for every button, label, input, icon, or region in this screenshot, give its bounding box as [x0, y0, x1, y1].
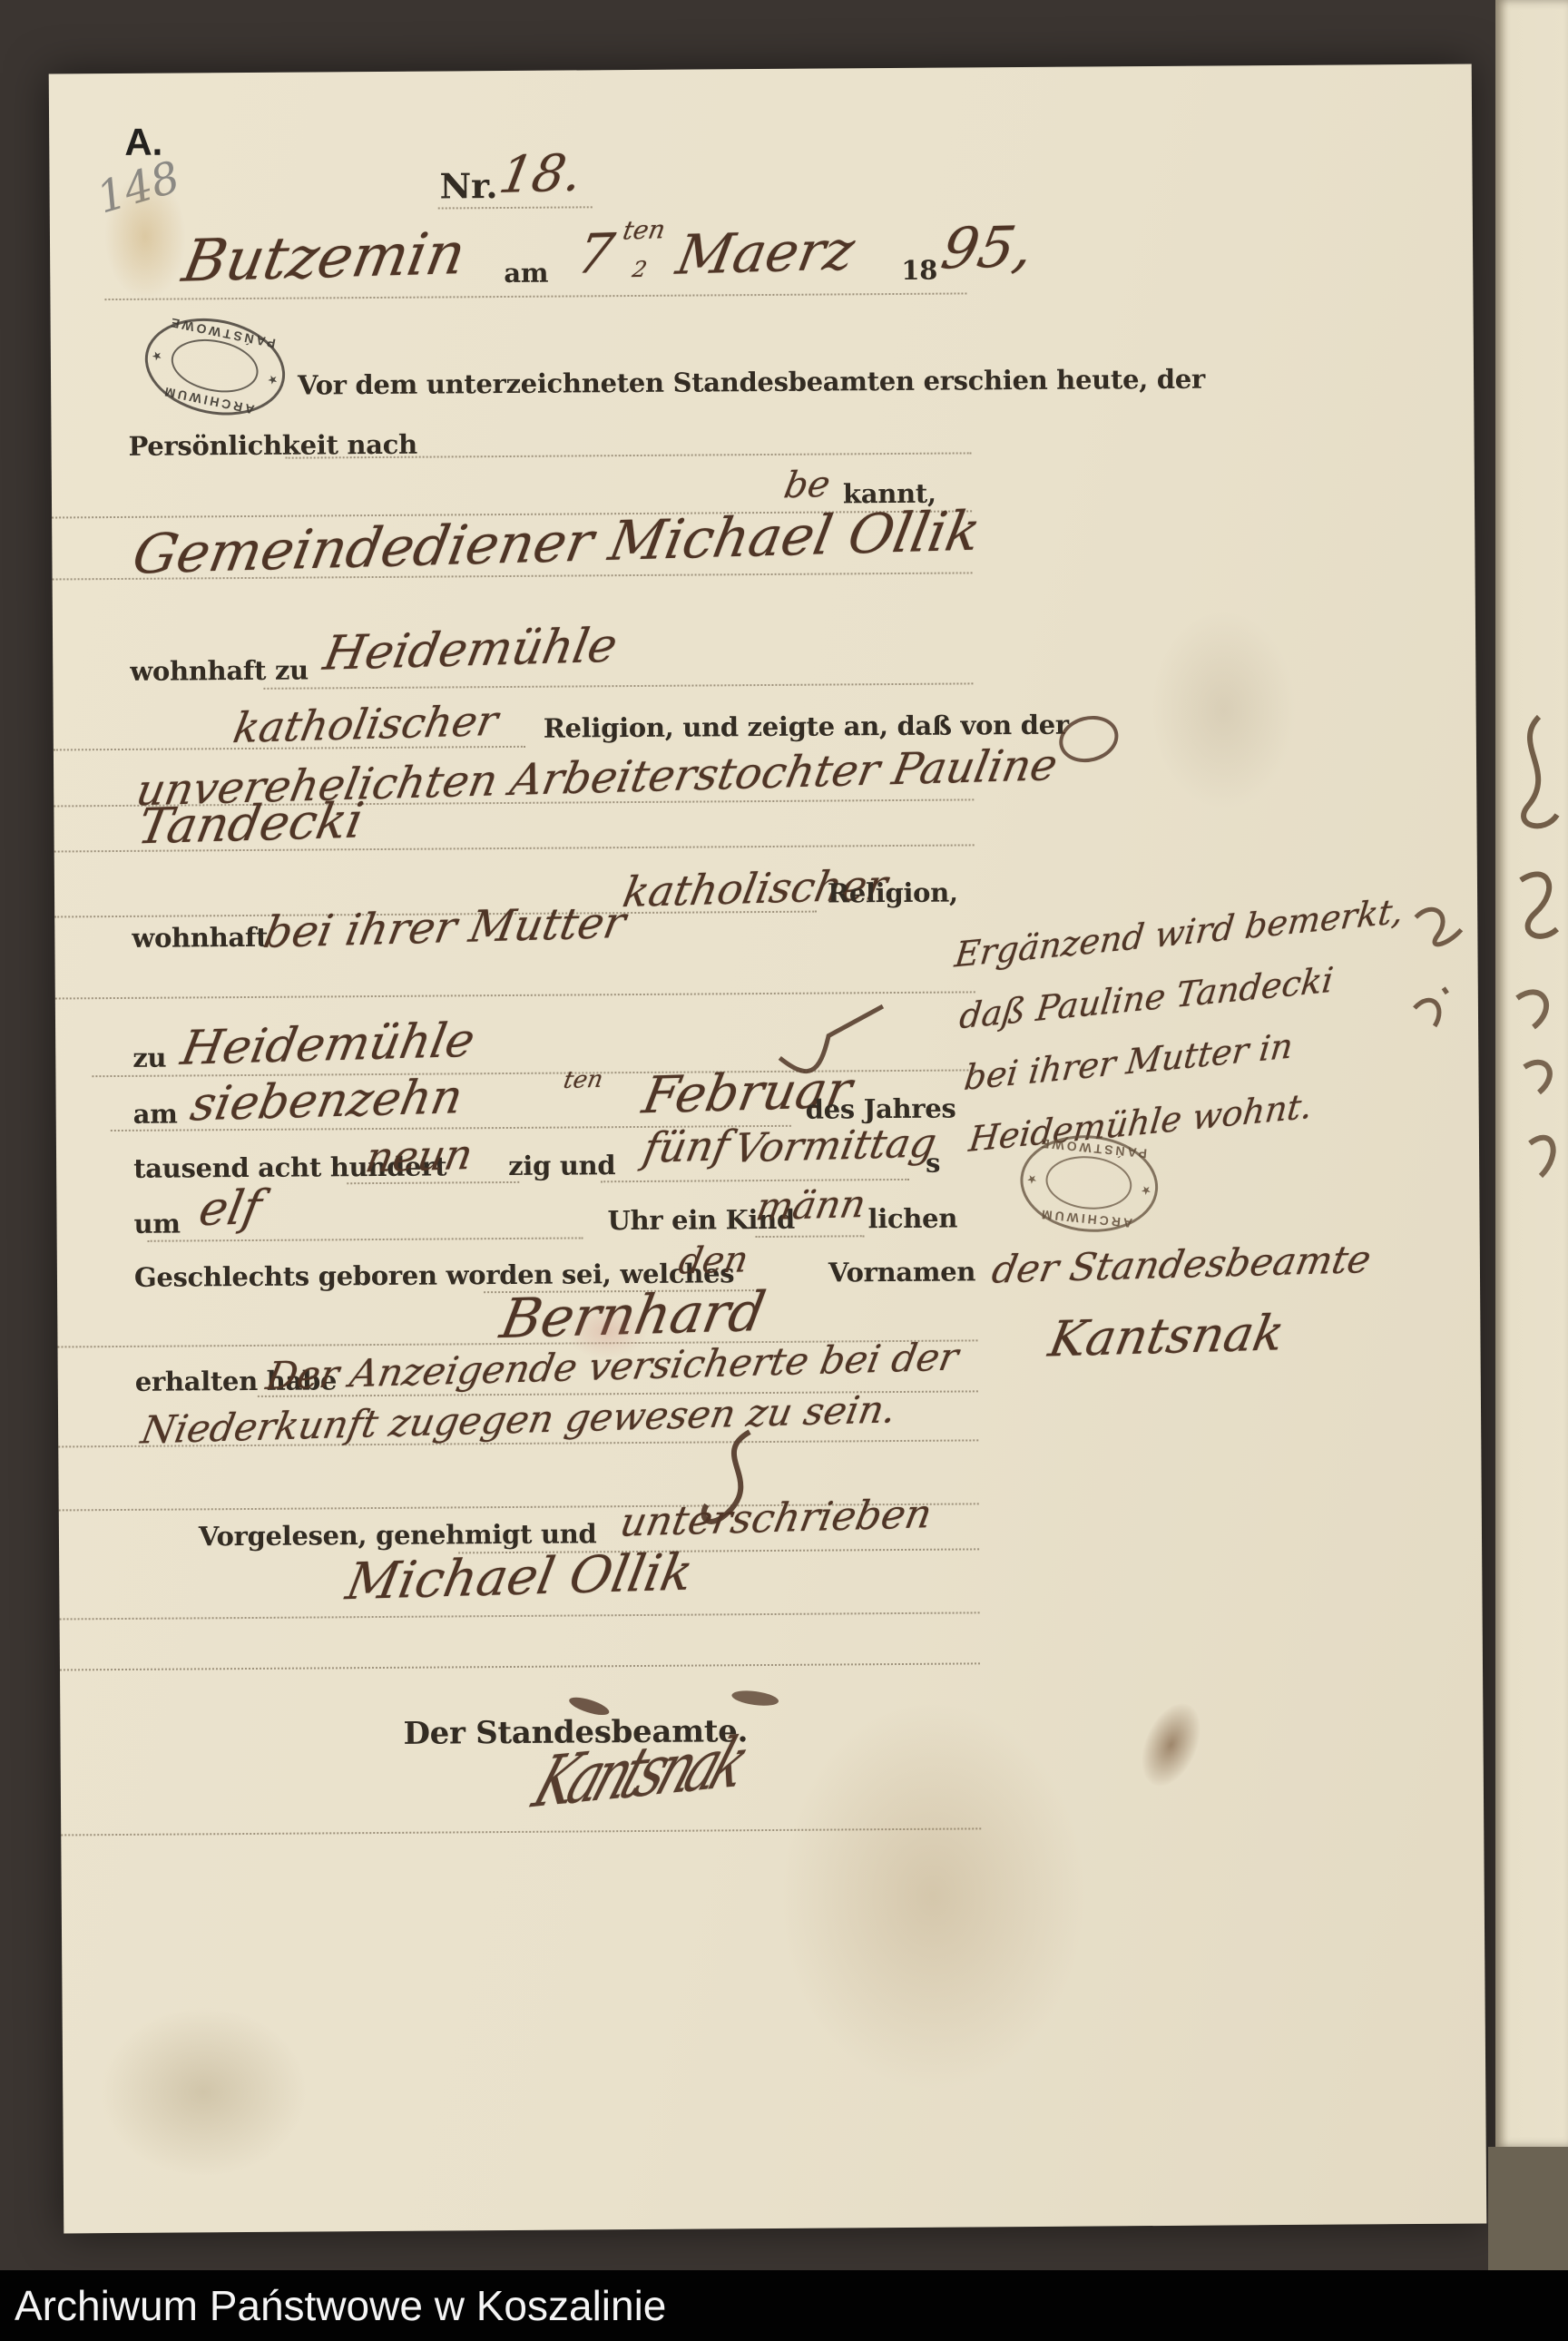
wohnhaft-zu-label: wohnhaft zu: [130, 655, 309, 687]
birth-day-suffix: ten: [562, 1066, 605, 1094]
document-scan: A. 148 Nr. 18. Butzemin am 7 ten 2 Maerz…: [0, 0, 1568, 2341]
stamp-star-icon: ★: [267, 371, 279, 387]
water-stain: [777, 1700, 1088, 2092]
margin-registrar-signature: Kantsnak: [1044, 1304, 1289, 1367]
stamp-arc-top: ARCHIWUM: [1019, 1205, 1152, 1232]
registry-page: A. 148 Nr. 18. Butzemin am 7 ten 2 Maerz…: [49, 64, 1487, 2234]
daytime-value: Vormittag: [730, 1120, 940, 1171]
stamp-inner-ellipse: [1044, 1152, 1134, 1213]
year-written: 95,: [936, 213, 1038, 282]
margin-note: Ergänzend wird bemerkt, daß Pauline Tand…: [955, 890, 1480, 1175]
dotted-rule: [60, 1611, 980, 1620]
month-value: Maerz: [671, 219, 859, 287]
birth-day-value: siebenzehn: [186, 1070, 466, 1131]
unterschrieben-value: unterschrieben: [616, 1491, 935, 1546]
religion1-value: katholischer: [230, 696, 502, 752]
book-block-edge: [1488, 2147, 1568, 2274]
gender-value: männ: [753, 1181, 869, 1229]
dotted-rule: [347, 1181, 519, 1184]
day-value: 7: [573, 222, 619, 287]
nr-label: Nr.: [439, 165, 497, 206]
vornamen-label: Vornamen: [828, 1256, 975, 1288]
dotted-rule: [60, 1662, 980, 1670]
zu-label: zu: [132, 1043, 166, 1073]
ink-stain: [1131, 1695, 1212, 1795]
archive-caption-text: Archiwum Państwowe w Koszalinie: [15, 2281, 666, 2330]
wohnhaft-label: wohnhaft: [132, 922, 268, 954]
dotted-rule: [756, 1235, 865, 1238]
next-page-ink-strokes: [1503, 708, 1566, 1216]
archive-stamp-margin: ARCHIWUM ★ ★ PAŃSTWOWE: [1015, 1129, 1162, 1238]
day-suffix: ten: [621, 214, 668, 245]
bekannt-handwritten-prefix: be: [781, 464, 834, 506]
corner-stain: [99, 2005, 309, 2179]
decade-value: neun: [362, 1130, 477, 1181]
birthplace-value: Heidemühle: [177, 1014, 479, 1076]
faint-stain: [1151, 610, 1298, 810]
stamp-star-icon: ★: [1141, 1182, 1152, 1197]
religion1-label: Religion, und zeigte an, daß von der: [544, 710, 1069, 744]
dotted-rule: [61, 1827, 981, 1836]
s-suffix-label: s: [926, 1148, 940, 1179]
margin-standesbeamte-label: der Standesbeamte: [989, 1237, 1375, 1292]
dotted-rule: [55, 991, 975, 999]
ink-blot: [730, 1689, 779, 1709]
nr-value: 18.: [495, 143, 586, 205]
archive-stamp: ARCHIWUM ★ ★ PAŃSTWOWE: [136, 307, 294, 427]
cutoff-ink-strokes: [1406, 899, 1480, 1063]
dotted-rule: [263, 682, 973, 689]
lichen-label: lichen: [867, 1203, 957, 1235]
religion2-label: Religion,: [828, 877, 958, 909]
year-unit-value: fünf: [640, 1121, 734, 1172]
archive-caption-bar: Archiwum Państwowe w Koszalinie: [0, 2270, 1568, 2341]
stamp-star-icon: ★: [1026, 1171, 1038, 1186]
am-birthdate-label: am: [133, 1099, 178, 1130]
next-page-edge: [1495, 0, 1568, 2147]
dotted-rule: [438, 206, 593, 209]
um-label: um: [133, 1209, 180, 1239]
mother-surname: Tandecki: [133, 792, 367, 856]
place-value: Butzemin: [178, 220, 471, 296]
declarant-signature: Michael Ollik: [342, 1543, 698, 1612]
den-value: den: [675, 1239, 751, 1282]
day-sub: 2: [631, 257, 650, 282]
hour-value: elf: [195, 1180, 266, 1237]
am-label: am: [504, 258, 548, 289]
stamp-star-icon: ★: [151, 348, 163, 363]
residence-with-mother: bei ihrer Mutter: [260, 897, 630, 958]
year-printed: 18: [901, 255, 937, 286]
residence-value: Heidemühle: [319, 619, 622, 681]
zig-und-label: zig und: [508, 1150, 615, 1181]
dotted-rule: [148, 1237, 583, 1241]
pencil-page-number: 148: [92, 152, 186, 224]
intro-line: Vor dem unterzeichneten Standesbeamten e…: [298, 364, 1205, 401]
